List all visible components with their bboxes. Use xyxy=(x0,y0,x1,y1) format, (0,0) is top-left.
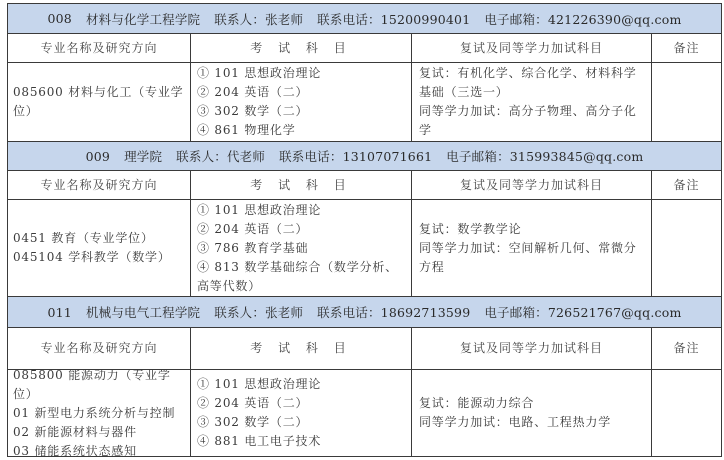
remarks-cell xyxy=(651,200,721,296)
column-header-row: 专业名称及研究方向 考 试 科 目 复试及同等学力加试科目 备注 xyxy=(8,33,721,62)
table-row: 085800 能源动力（专业学位） 01 新型电力系统分析与控制 02 新能源材… xyxy=(8,369,721,456)
major-line: 03 储能系统状态感知 xyxy=(13,442,185,457)
column-header-row: 专业名称及研究方向 考 试 科 目 复试及同等学力加试科目 备注 xyxy=(8,170,721,199)
dept-code: 009 xyxy=(86,149,110,164)
dept-name: 材料与化学工程学院 xyxy=(86,10,200,28)
col-header-major: 专业名称及研究方向 xyxy=(8,34,190,62)
dept-phone: 联系电话：15200990401 xyxy=(317,10,470,28)
dept-name: 理学院 xyxy=(124,147,162,165)
dept-email: 电子邮箱：421226390@qq.com xyxy=(484,10,681,28)
dept-phone: 联系电话：18692713599 xyxy=(317,303,470,321)
exam-line: ③ 302 数学（二） xyxy=(197,102,406,121)
retest-line: 复试：数学教学论 xyxy=(419,220,643,239)
col-header-major: 专业名称及研究方向 xyxy=(8,328,190,369)
retest-cell: 复试：有机化学、综合化学、材料科学基础（三选一） 同等学力加试：高分子物理、高分… xyxy=(411,63,651,141)
dept-contact: 联系人：代老师 xyxy=(176,147,265,165)
col-header-exams: 考 试 科 目 xyxy=(190,328,411,369)
major-line: 085600 材料与化工（专业学位） xyxy=(13,83,185,121)
admission-table: 008 材料与化学工程学院 联系人：张老师 联系电话：15200990401 电… xyxy=(7,3,722,457)
exams-cell: ① 101 思想政治理论 ② 204 英语（二） ③ 302 数学（二） ④ 8… xyxy=(190,63,411,141)
col-header-retest: 复试及同等学力加试科目 xyxy=(411,171,651,199)
dept-name: 机械与电气工程学院 xyxy=(86,303,200,321)
table-bottom-border xyxy=(8,456,721,457)
major-line: 01 新型电力系统分析与控制 xyxy=(13,404,185,423)
col-header-retest: 复试及同等学力加试科目 xyxy=(411,328,651,369)
exams-cell: ① 101 思想政治理论 ② 204 英语（二） ③ 302 数学（二） ④ 8… xyxy=(190,370,411,456)
col-header-remarks: 备注 xyxy=(651,171,721,199)
exam-line: ① 101 思想政治理论 xyxy=(197,64,406,83)
dept-email: 电子邮箱：315993845@qq.com xyxy=(446,147,643,165)
dept-header-009: 009 理学院 联系人：代老师 联系电话：13107071661 电子邮箱：31… xyxy=(8,141,721,170)
exams-cell: ① 101 思想政治理论 ② 204 英语（二） ③ 786 教育学基础 ④ 8… xyxy=(190,200,411,296)
exam-line: ② 204 英语（二） xyxy=(197,394,406,413)
dept-header-008: 008 材料与化学工程学院 联系人：张老师 联系电话：15200990401 电… xyxy=(8,3,721,33)
exam-line: ① 101 思想政治理论 xyxy=(197,201,406,220)
retest-line: 同等学力加试：空间解析几何、常微分方程 xyxy=(419,239,643,277)
major-line: 0451 教育（专业学位） xyxy=(13,229,185,248)
major-cell: 0451 教育（专业学位） 045104 学科教学（数学） xyxy=(8,200,190,296)
retest-line: 复试：有机化学、综合化学、材料科学基础（三选一） xyxy=(419,64,643,102)
dept-code: 008 xyxy=(47,11,71,26)
dept-email: 电子邮箱：726521767@qq.com xyxy=(484,303,681,321)
dept-contact: 联系人：张老师 xyxy=(214,10,303,28)
remarks-cell xyxy=(651,63,721,141)
exam-line: ③ 786 教育学基础 xyxy=(197,239,406,258)
dept-code: 011 xyxy=(47,305,71,320)
col-header-retest: 复试及同等学力加试科目 xyxy=(411,34,651,62)
exam-line: ② 204 英语（二） xyxy=(197,83,406,102)
exam-line: ④ 813 数学基础综合（数学分析、高等代数） xyxy=(197,258,406,296)
dept-header-011: 011 机械与电气工程学院 联系人：张老师 联系电话：18692713599 电… xyxy=(8,296,721,327)
retest-line: 同等学力加试：电路、工程热力学 xyxy=(419,413,643,432)
exam-line: ② 204 英语（二） xyxy=(197,220,406,239)
column-header-row: 专业名称及研究方向 考 试 科 目 复试及同等学力加试科目 备注 xyxy=(8,327,721,369)
retest-line: 复试：能源动力综合 xyxy=(419,394,643,413)
major-cell: 085600 材料与化工（专业学位） xyxy=(8,63,190,141)
table-row: 0451 教育（专业学位） 045104 学科教学（数学） ① 101 思想政治… xyxy=(8,199,721,296)
dept-phone: 联系电话：13107071661 xyxy=(279,147,432,165)
col-header-major: 专业名称及研究方向 xyxy=(8,171,190,199)
remarks-cell xyxy=(651,370,721,456)
col-header-remarks: 备注 xyxy=(651,328,721,369)
exam-line: ③ 302 数学（二） xyxy=(197,413,406,432)
retest-line: 同等学力加试：高分子物理、高分子化学 xyxy=(419,102,643,140)
table-row: 085600 材料与化工（专业学位） ① 101 思想政治理论 ② 204 英语… xyxy=(8,62,721,141)
retest-cell: 复试：能源动力综合 同等学力加试：电路、工程热力学 xyxy=(411,370,651,456)
dept-contact: 联系人：张老师 xyxy=(214,303,303,321)
col-header-remarks: 备注 xyxy=(651,34,721,62)
major-cell: 085800 能源动力（专业学位） 01 新型电力系统分析与控制 02 新能源材… xyxy=(8,370,190,456)
major-line: 02 新能源材料与器件 xyxy=(13,423,185,442)
major-line: 085800 能源动力（专业学位） xyxy=(13,370,185,404)
exam-line: ④ 861 物理化学 xyxy=(197,121,406,140)
exam-line: ④ 881 电工电子技术 xyxy=(197,432,406,451)
major-line: 045104 学科教学（数学） xyxy=(13,248,185,267)
exam-line: ① 101 思想政治理论 xyxy=(197,375,406,394)
col-header-exams: 考 试 科 目 xyxy=(190,34,411,62)
retest-cell: 复试：数学教学论 同等学力加试：空间解析几何、常微分方程 xyxy=(411,200,651,296)
col-header-exams: 考 试 科 目 xyxy=(190,171,411,199)
